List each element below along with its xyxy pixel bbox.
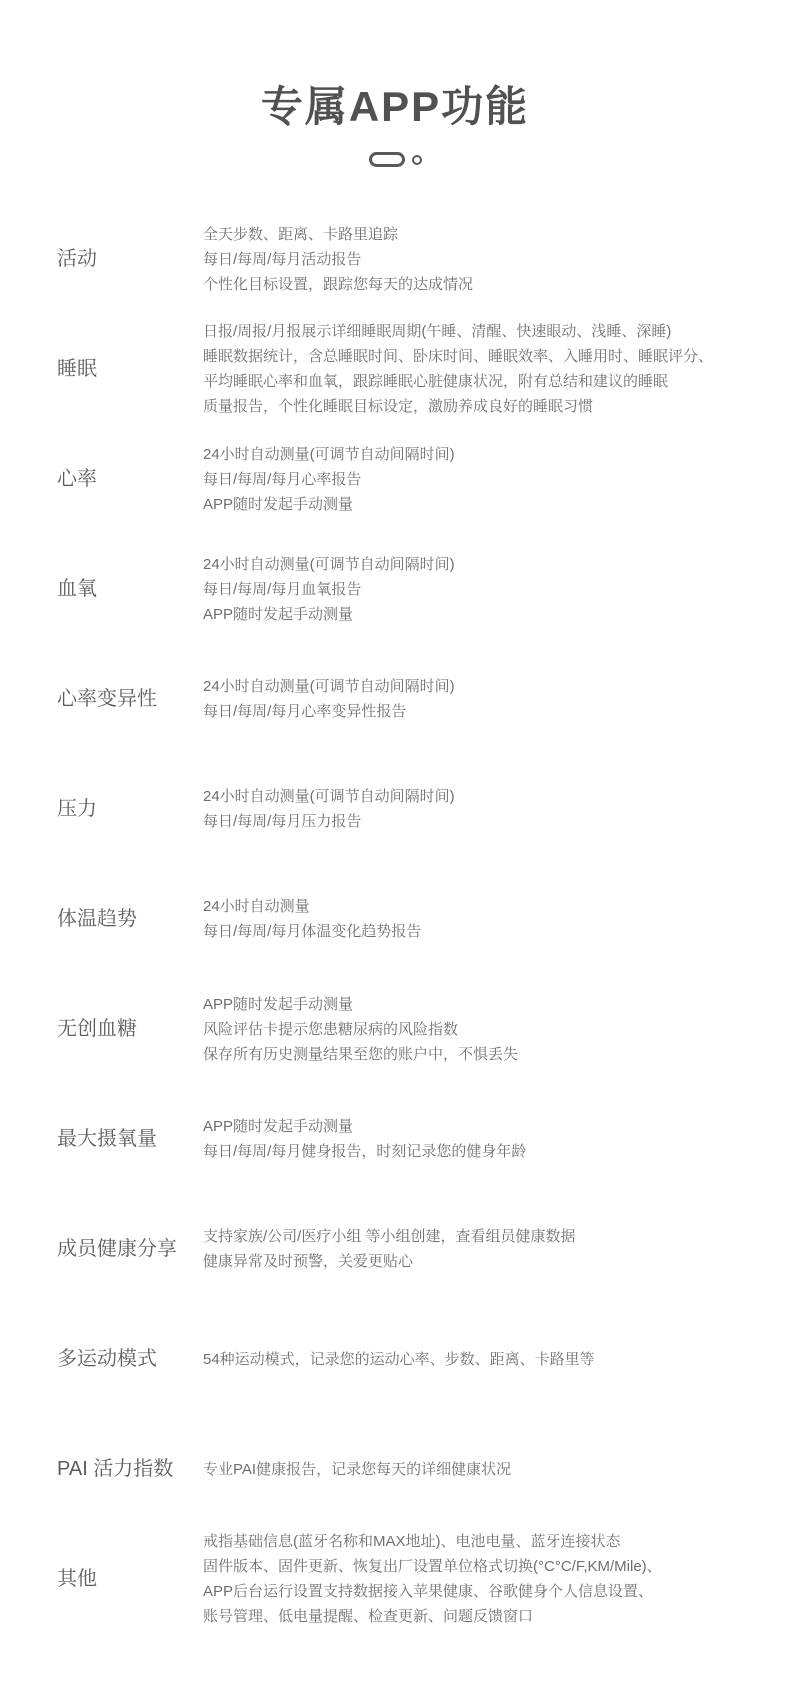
description-line: APP随时发起手动测量 bbox=[203, 602, 750, 627]
feature-label: 血氧 bbox=[0, 575, 203, 603]
description-line: 54种运动模式，记录您的运动心率、步数、距离、卡路里等 bbox=[203, 1347, 750, 1372]
feature-row: 心率变异性 24小时自动测量(可调节自动间隔时间)每日/每周/每月心率变异性报告 bbox=[0, 644, 790, 754]
feature-description: 戒指基础信息(蓝牙名称和MAX地址)、电池电量、蓝牙连接状态固件版本、固件更新、… bbox=[203, 1529, 790, 1629]
feature-description: 54种运动模式，记录您的运动心率、步数、距离、卡路里等 bbox=[203, 1347, 790, 1372]
description-line: 个性化目标设置，跟踪您每天的达成情况 bbox=[203, 272, 750, 297]
description-line: 每日/每周/每月压力报告 bbox=[203, 809, 750, 834]
feature-description: 24小时自动测量每日/每周/每月体温变化趋势报告 bbox=[203, 894, 790, 944]
feature-description: APP随时发起手动测量每日/每周/每月健身报告，时刻记录您的健身年龄 bbox=[203, 1114, 790, 1164]
description-line: 24小时自动测量(可调节自动间隔时间) bbox=[203, 784, 750, 809]
description-line: 每日/每周/每月心率变异性报告 bbox=[203, 699, 750, 724]
feature-row: 最大摄氧量 APP随时发起手动测量每日/每周/每月健身报告，时刻记录您的健身年龄 bbox=[0, 1084, 790, 1194]
description-line: 每日/每周/每月体温变化趋势报告 bbox=[203, 919, 750, 944]
description-line: 24小时自动测量 bbox=[203, 894, 750, 919]
description-line: APP后台运行设置支持数据接入苹果健康、谷歌健身个人信息设置、 bbox=[203, 1579, 750, 1604]
feature-description: 日报/周报/月报展示详细睡眠周期(午睡、清醒、快速眼动、浅睡、深睡)睡眠数据统计… bbox=[203, 319, 790, 419]
feature-description: 24小时自动测量(可调节自动间隔时间)每日/每周/每月心率变异性报告 bbox=[203, 674, 790, 724]
feature-label: 压力 bbox=[0, 795, 203, 823]
feature-label: 体温趋势 bbox=[0, 905, 203, 933]
dot-icon bbox=[412, 155, 422, 165]
description-line: 健康异常及时预警，关爱更贴心 bbox=[203, 1249, 750, 1274]
description-line: 账号管理、低电量提醒、检查更新、问题反馈窗口 bbox=[203, 1604, 750, 1629]
description-line: APP随时发起手动测量 bbox=[203, 492, 750, 517]
description-line: 全天步数、距离、卡路里追踪 bbox=[203, 222, 750, 247]
description-line: 24小时自动测量(可调节自动间隔时间) bbox=[203, 552, 750, 577]
description-line: 每日/每周/每月活动报告 bbox=[203, 247, 750, 272]
title-divider bbox=[0, 152, 790, 167]
feature-label: 成员健康分享 bbox=[0, 1235, 203, 1263]
feature-row: PAI 活力指数 专业PAI健康报告，记录您每天的详细健康状况 bbox=[0, 1414, 790, 1524]
feature-label: 无创血糖 bbox=[0, 1015, 203, 1043]
description-line: 保存所有历史测量结果至您的账户中，不惧丢失 bbox=[203, 1042, 750, 1067]
feature-label: 睡眠 bbox=[0, 355, 203, 383]
feature-description: 全天步数、距离、卡路里追踪每日/每周/每月活动报告个性化目标设置，跟踪您每天的达… bbox=[203, 222, 790, 297]
description-line: APP随时发起手动测量 bbox=[203, 1114, 750, 1139]
app-features-page: 专属APP功能 活动 全天步数、距离、卡路里追踪每日/每周/每月活动报告个性化目… bbox=[0, 0, 790, 1683]
feature-description: 24小时自动测量(可调节自动间隔时间)每日/每周/每月血氧报告APP随时发起手动… bbox=[203, 552, 790, 627]
description-line: APP随时发起手动测量 bbox=[203, 992, 750, 1017]
feature-label: 活动 bbox=[0, 245, 203, 273]
feature-description: 24小时自动测量(可调节自动间隔时间)每日/每周/每月心率报告APP随时发起手动… bbox=[203, 442, 790, 517]
feature-description: 专业PAI健康报告，记录您每天的详细健康状况 bbox=[203, 1457, 790, 1482]
feature-description: 24小时自动测量(可调节自动间隔时间)每日/每周/每月压力报告 bbox=[203, 784, 790, 834]
pill-dash-icon bbox=[369, 152, 405, 167]
feature-label: PAI 活力指数 bbox=[0, 1455, 203, 1483]
description-line: 支持家族/公司/医疗小组 等小组创建，查看组员健康数据 bbox=[203, 1224, 750, 1249]
feature-label: 最大摄氧量 bbox=[0, 1125, 203, 1153]
description-line: 每日/每周/每月健身报告，时刻记录您的健身年龄 bbox=[203, 1139, 750, 1164]
description-line: 每日/每周/每月血氧报告 bbox=[203, 577, 750, 602]
description-line: 固件版本、固件更新、恢复出厂设置单位格式切换(°C°C/F,KM/Mile)、 bbox=[203, 1554, 750, 1579]
feature-table: 活动 全天步数、距离、卡路里追踪每日/每周/每月活动报告个性化目标设置，跟踪您每… bbox=[0, 204, 790, 1634]
feature-label: 其他 bbox=[0, 1565, 203, 1593]
feature-row: 心率 24小时自动测量(可调节自动间隔时间)每日/每周/每月心率报告APP随时发… bbox=[0, 424, 790, 534]
feature-row: 血氧 24小时自动测量(可调节自动间隔时间)每日/每周/每月血氧报告APP随时发… bbox=[0, 534, 790, 644]
page-title: 专属APP功能 bbox=[0, 0, 790, 130]
feature-label: 心率 bbox=[0, 465, 203, 493]
description-line: 质量报告，个性化睡眠目标设定，激励养成良好的睡眠习惯 bbox=[203, 394, 750, 419]
description-line: 睡眠数据统计，含总睡眠时间、卧床时间、睡眠效率、入睡用时、睡眠评分、 bbox=[203, 344, 750, 369]
feature-row: 其他 戒指基础信息(蓝牙名称和MAX地址)、电池电量、蓝牙连接状态固件版本、固件… bbox=[0, 1524, 790, 1634]
feature-row: 多运动模式 54种运动模式，记录您的运动心率、步数、距离、卡路里等 bbox=[0, 1304, 790, 1414]
feature-label: 心率变异性 bbox=[0, 685, 203, 713]
feature-row: 成员健康分享 支持家族/公司/医疗小组 等小组创建，查看组员健康数据健康异常及时… bbox=[0, 1194, 790, 1304]
description-line: 24小时自动测量(可调节自动间隔时间) bbox=[203, 674, 750, 699]
description-line: 风险评估卡提示您患糖尿病的风险指数 bbox=[203, 1017, 750, 1042]
feature-row: 睡眠 日报/周报/月报展示详细睡眠周期(午睡、清醒、快速眼动、浅睡、深睡)睡眠数… bbox=[0, 314, 790, 424]
feature-row: 压力 24小时自动测量(可调节自动间隔时间)每日/每周/每月压力报告 bbox=[0, 754, 790, 864]
description-line: 每日/每周/每月心率报告 bbox=[203, 467, 750, 492]
description-line: 戒指基础信息(蓝牙名称和MAX地址)、电池电量、蓝牙连接状态 bbox=[203, 1529, 750, 1554]
feature-row: 活动 全天步数、距离、卡路里追踪每日/每周/每月活动报告个性化目标设置，跟踪您每… bbox=[0, 204, 790, 314]
feature-row: 体温趋势 24小时自动测量每日/每周/每月体温变化趋势报告 bbox=[0, 864, 790, 974]
description-line: 专业PAI健康报告，记录您每天的详细健康状况 bbox=[203, 1457, 750, 1482]
description-line: 日报/周报/月报展示详细睡眠周期(午睡、清醒、快速眼动、浅睡、深睡) bbox=[203, 319, 750, 344]
feature-description: APP随时发起手动测量风险评估卡提示您患糖尿病的风险指数保存所有历史测量结果至您… bbox=[203, 992, 790, 1067]
feature-row: 无创血糖 APP随时发起手动测量风险评估卡提示您患糖尿病的风险指数保存所有历史测… bbox=[0, 974, 790, 1084]
description-line: 24小时自动测量(可调节自动间隔时间) bbox=[203, 442, 750, 467]
feature-label: 多运动模式 bbox=[0, 1345, 203, 1373]
feature-description: 支持家族/公司/医疗小组 等小组创建，查看组员健康数据健康异常及时预警，关爱更贴… bbox=[203, 1224, 790, 1274]
description-line: 平均睡眠心率和血氧，跟踪睡眠心脏健康状况，附有总结和建议的睡眠 bbox=[203, 369, 750, 394]
